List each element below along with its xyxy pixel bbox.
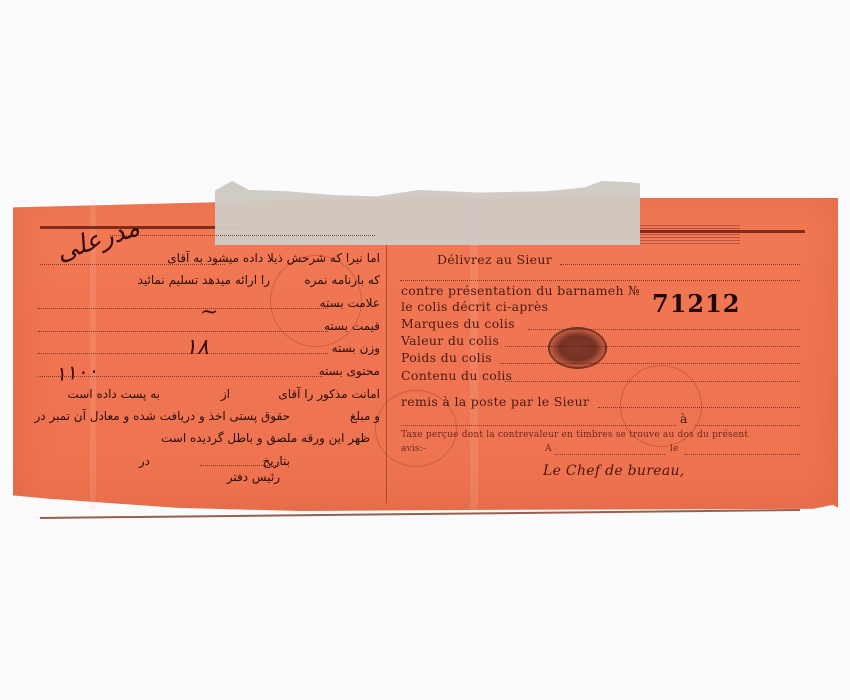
dotted-line xyxy=(400,280,800,281)
persian-marks-label: علامت بسته xyxy=(320,296,380,310)
dotted-line xyxy=(38,308,328,309)
persian-weight-label: وزن بسته xyxy=(332,341,380,355)
dotted-line xyxy=(200,465,280,466)
column-divider xyxy=(386,245,387,503)
persian-value-label: قیمت بسته xyxy=(324,319,380,333)
dotted-line xyxy=(598,407,800,408)
top-rule-left xyxy=(40,226,240,229)
presentation-label: contre présentation du barnameh № xyxy=(401,283,640,298)
persian-from-c: به پست داده است xyxy=(67,387,160,401)
dotted-line xyxy=(38,353,328,354)
tax-note-line-1: Taxe perçue dont la contrevaleur en timb… xyxy=(401,430,748,440)
date-prefix: le xyxy=(670,444,679,454)
persian-fee-line: حقوق پستی اخذ و دریافت شده و معادل آن تم… xyxy=(35,409,291,423)
persian-contents-label: محتوی بسته xyxy=(319,364,380,378)
weight-label: Poids du colis xyxy=(401,350,492,365)
office-chief-signature-label: Le Chef de bureau, xyxy=(543,463,685,479)
handed-by-label: remis à la poste par le Sieur xyxy=(401,394,589,409)
persian-office-head-label: رئیس دفتر xyxy=(227,470,280,484)
faded-printed-header xyxy=(640,225,740,245)
dotted-line xyxy=(500,363,800,364)
dotted-line xyxy=(684,454,800,455)
place-prefix: A xyxy=(545,444,552,454)
serial-number: 71212 xyxy=(652,289,741,318)
persian-line-2: که بارنامه نمره xyxy=(304,273,380,287)
tax-note-line-2: avis:- xyxy=(401,444,426,454)
at-label: à xyxy=(680,411,688,426)
handwritten-weight: ۱۸ xyxy=(185,335,209,360)
persian-fee-label: و مبلغ xyxy=(350,409,380,423)
dotted-line xyxy=(560,264,800,265)
persian-line-2b: را ارائه میدهد تسلیم نمائید xyxy=(138,273,270,287)
dotted-line xyxy=(555,454,665,455)
persian-from-b: از xyxy=(221,387,230,401)
seal-stamp xyxy=(548,327,607,369)
dotted-line xyxy=(401,425,676,426)
handwritten-amount: ۱۱۰۰ xyxy=(54,358,99,386)
dotted-line xyxy=(505,381,800,382)
dotted-line xyxy=(38,331,328,332)
contents-label: Contenu du colis xyxy=(401,368,512,383)
marks-label: Marques du colis xyxy=(401,316,515,331)
dotted-line xyxy=(110,235,375,236)
delivery-to-label: Délivrez au Sieur xyxy=(437,252,552,267)
parcel-described-label: le colis décrit ci-après xyxy=(401,299,548,314)
persian-in-label: در xyxy=(139,454,150,468)
handwritten-scribble: ~ xyxy=(200,300,218,325)
value-label: Valeur du colis xyxy=(401,333,499,348)
dotted-line xyxy=(695,425,800,426)
persian-from-line: امانت مذکور را آقای xyxy=(278,387,380,401)
persian-back-line: ظهر این ورقه ملصق و باطل گردیده است xyxy=(161,431,370,445)
persian-line-1: اما نیرا که شرحش ذیلا داده میشود به آقای xyxy=(167,251,380,265)
bottom-rule xyxy=(40,509,800,519)
